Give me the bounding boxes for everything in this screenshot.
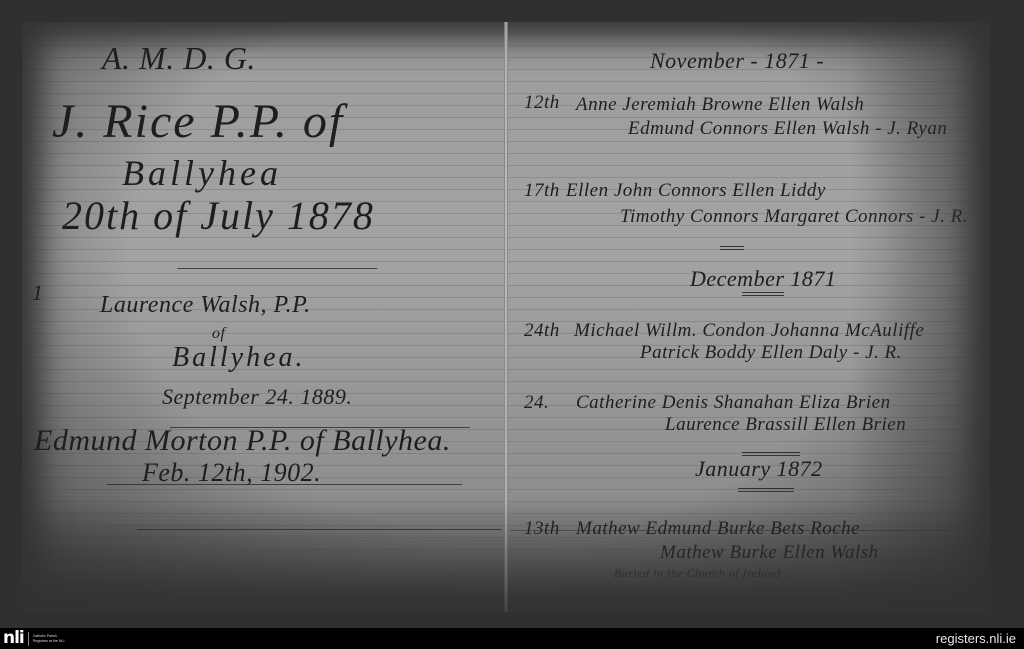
- entry-day: 12th: [524, 92, 560, 114]
- underline-mark: [742, 292, 784, 296]
- image-viewer[interactable]: A. M. D. G. J. Rice P.P. of Ballyhea 20t…: [0, 0, 1024, 628]
- header-date: 20th of July 1878: [62, 192, 375, 239]
- header-priest: J. Rice P.P. of: [52, 94, 344, 149]
- entry-day: 24.: [524, 392, 549, 414]
- entry-number: 1: [32, 280, 44, 306]
- divider-rule: [177, 268, 377, 269]
- entry-line: Catherine Denis Shanahan Eliza Brien: [576, 392, 891, 414]
- nli-logo[interactable]: nli Catholic Parish Registers at the NLI: [3, 630, 67, 647]
- underline-mark: [738, 488, 794, 492]
- divider-rule: [107, 484, 462, 485]
- entry-line: Ellen John Connors Ellen Liddy: [566, 180, 826, 202]
- header-amdg: A. M. D. G.: [102, 40, 256, 77]
- entry-day: 24th: [524, 320, 560, 342]
- entry-line: Anne Jeremiah Browne Ellen Walsh: [576, 94, 864, 116]
- entry-priest-name: Laurence Walsh, P.P.: [100, 292, 311, 319]
- header-parish: Ballyhea: [122, 152, 282, 194]
- logo-divider: [28, 632, 29, 646]
- entry2-priest-name: Edmund Morton P.P. of Ballyhea.: [34, 424, 451, 458]
- month-heading: December 1871: [690, 266, 836, 292]
- scan-shadow: [22, 502, 990, 612]
- entry-of: of: [212, 325, 225, 343]
- nli-logo-text: Catholic Parish Registers at the NLI: [33, 634, 67, 643]
- footer-bar: nli Catholic Parish Registers at the NLI…: [0, 628, 1024, 649]
- month-heading: November - 1871 -: [650, 48, 824, 74]
- register-scan[interactable]: A. M. D. G. J. Rice P.P. of Ballyhea 20t…: [22, 22, 990, 612]
- entry-parish: Ballyhea.: [172, 342, 306, 374]
- month-heading: January 1872: [695, 456, 823, 482]
- underline-mark: [720, 246, 744, 250]
- entry-date: September 24. 1889.: [162, 384, 352, 410]
- site-link[interactable]: registers.nli.ie: [936, 631, 1016, 646]
- nli-logo-mark: nli: [3, 630, 24, 647]
- entry-day: 17th: [524, 180, 560, 202]
